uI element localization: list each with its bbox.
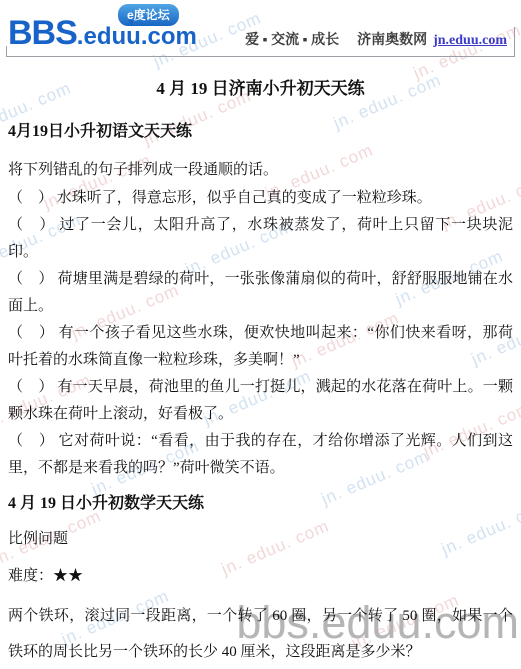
header-tagline: 爱 ▪ 交流 ▪ 成长济南奥数网jn.eduu.com (245, 29, 507, 49)
sentence-item-5: （ ） 有一天早晨，荷池里的鱼儿一打挺儿，溅起的水花落在荷叶上。一颗颗水珠在荷叶… (8, 374, 513, 428)
sentence-item-2: （ ） 过了一会儿，太阳升高了，水珠被蒸发了，荷叶上只留下一块块泥印。 (8, 212, 513, 266)
sentence-item-1: （ ） 水珠听了，得意忘形，似乎自己真的变成了一粒粒珍珠。 (8, 185, 513, 212)
logo-bbs-text: BBS (8, 14, 77, 52)
logo-dot-com-text: .com (141, 23, 197, 50)
document-body: 4 月 19 日济南小升初天天练 4月19日小升初语文天天练 将下列错乱的句子排… (0, 74, 521, 669)
sentence-item-6: （ ） 它对荷叶说：“看看，由于我的存在，才给你增添了光辉。人们到这里，不都是来… (8, 428, 513, 482)
doc-title: 4 月 19 日济南小升初天天练 (8, 74, 513, 99)
header-border-tick-left (6, 46, 7, 56)
math-section-heading: 4 月 19 日小升初数学天天练 (8, 490, 513, 513)
site-link[interactable]: jn.eduu.com (433, 33, 507, 48)
slogan-text: 爱 ▪ 交流 ▪ 成长 (245, 33, 339, 48)
math-topic: 比例问题 (8, 527, 513, 548)
logo-dot-edu-text: .edu (77, 23, 126, 50)
sentence-item-3: （ ） 荷塘里满是碧绿的荷叶，一张张像蒲扇似的荷叶，舒舒服服地铺在水面上。 (8, 266, 513, 320)
chinese-intro: 将下列错乱的句子排列成一段通顺的话。 (8, 158, 513, 179)
chinese-section-heading: 4月19日小升初语文天天练 (8, 118, 513, 141)
math-difficulty: 难度：★★ (8, 564, 513, 585)
site-name-text: 济南奥数网 (357, 33, 427, 48)
page: jn. eduu. comjn. eduu. comjn. eduu. comj… (0, 0, 521, 669)
header-border-tick-right (514, 27, 515, 56)
sentence-item-4: （ ） 有一个孩子看见这些水珠，便欢快地叫起来：“你们快来看呀，那荷叶托着的水珠… (8, 320, 513, 374)
header: BBS.eduuˇ.com e度论坛 爱 ▪ 交流 ▪ 成长济南奥数网jn.ed… (6, 0, 515, 57)
math-problem: 两个铁环，滚过同一段距离，一个转了 60 圈，另一个转了 50 圈，如果一个铁环… (8, 598, 513, 669)
site-logo[interactable]: BBS.eduuˇ.com e度论坛 (8, 14, 197, 53)
forum-bubble-badge: e度论坛 (118, 4, 179, 26)
